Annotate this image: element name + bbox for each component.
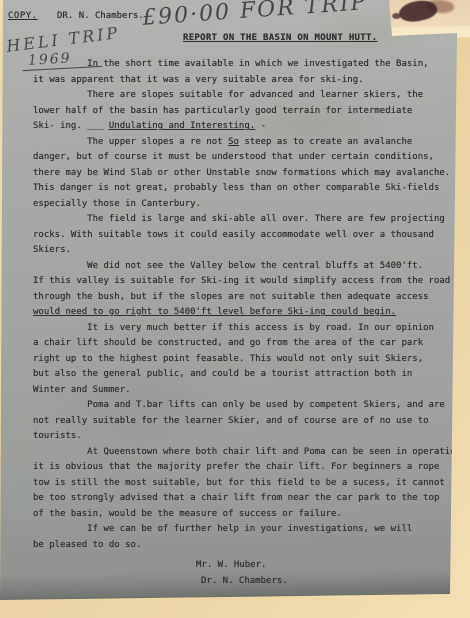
underlined-text: Undulating and Interesting. (109, 121, 255, 131)
photo-of-document: COPY. DR. N. Chambers. £90·00 FOR TRIP H… (0, 0, 470, 618)
underlined-text: would need to go right to 5400'ft level … (33, 307, 396, 317)
typed-text: steep as to create an avalanche danger, … (33, 137, 450, 209)
typed-text: - (255, 121, 266, 131)
paragraph: If we can be of further help in your inv… (33, 522, 445, 553)
typed-text: The field is large and ski-able all over… (33, 214, 445, 255)
typed-text: It is very much better if this access is… (33, 323, 434, 395)
document-paper: COPY. DR. N. Chambers. £90·00 FOR TRIP H… (0, 0, 470, 618)
typed-text: In the short time available in which we … (33, 59, 429, 85)
paragraph: We did not see the Valley below the cent… (33, 259, 445, 321)
report-title: REPORT ON THE BASIN ON MOUNT HUTT. (183, 33, 377, 43)
paper-bottom-shadow (0, 570, 470, 610)
paragraph: In the short time available in which we … (33, 57, 445, 88)
header-line: COPY. DR. N. Chambers. (8, 11, 144, 21)
typed-text: At Queenstown where both chair lift and … (33, 447, 466, 519)
paragraph: There are slopes suitable for advanced a… (33, 88, 445, 135)
copy-label: COPY. (8, 11, 38, 21)
typed-text: We did not see the Valley below the cent… (33, 261, 450, 302)
signature-huber: Mr. W. Huber. (196, 557, 288, 573)
underlined-text: So (228, 137, 239, 147)
report-body: In the short time available in which we … (33, 57, 445, 553)
typed-text: The upper slopes a re not (33, 137, 228, 147)
paragraph: The upper slopes a re not So steep as to… (33, 135, 445, 213)
typed-text: If we can be of further help in your inv… (33, 524, 412, 550)
paragraph: The field is large and ski-able all over… (33, 212, 445, 259)
paragraph: Poma and T.bar lifts can only be used by… (33, 398, 445, 445)
paragraph: It is very much better if this access is… (33, 321, 445, 399)
dark-smudge (392, 13, 401, 19)
author-name: DR. N. Chambers. (57, 11, 144, 21)
typed-text: Poma and T.bar lifts can only be used by… (33, 400, 445, 441)
paragraph: At Queenstown where both chair lift and … (33, 445, 445, 523)
